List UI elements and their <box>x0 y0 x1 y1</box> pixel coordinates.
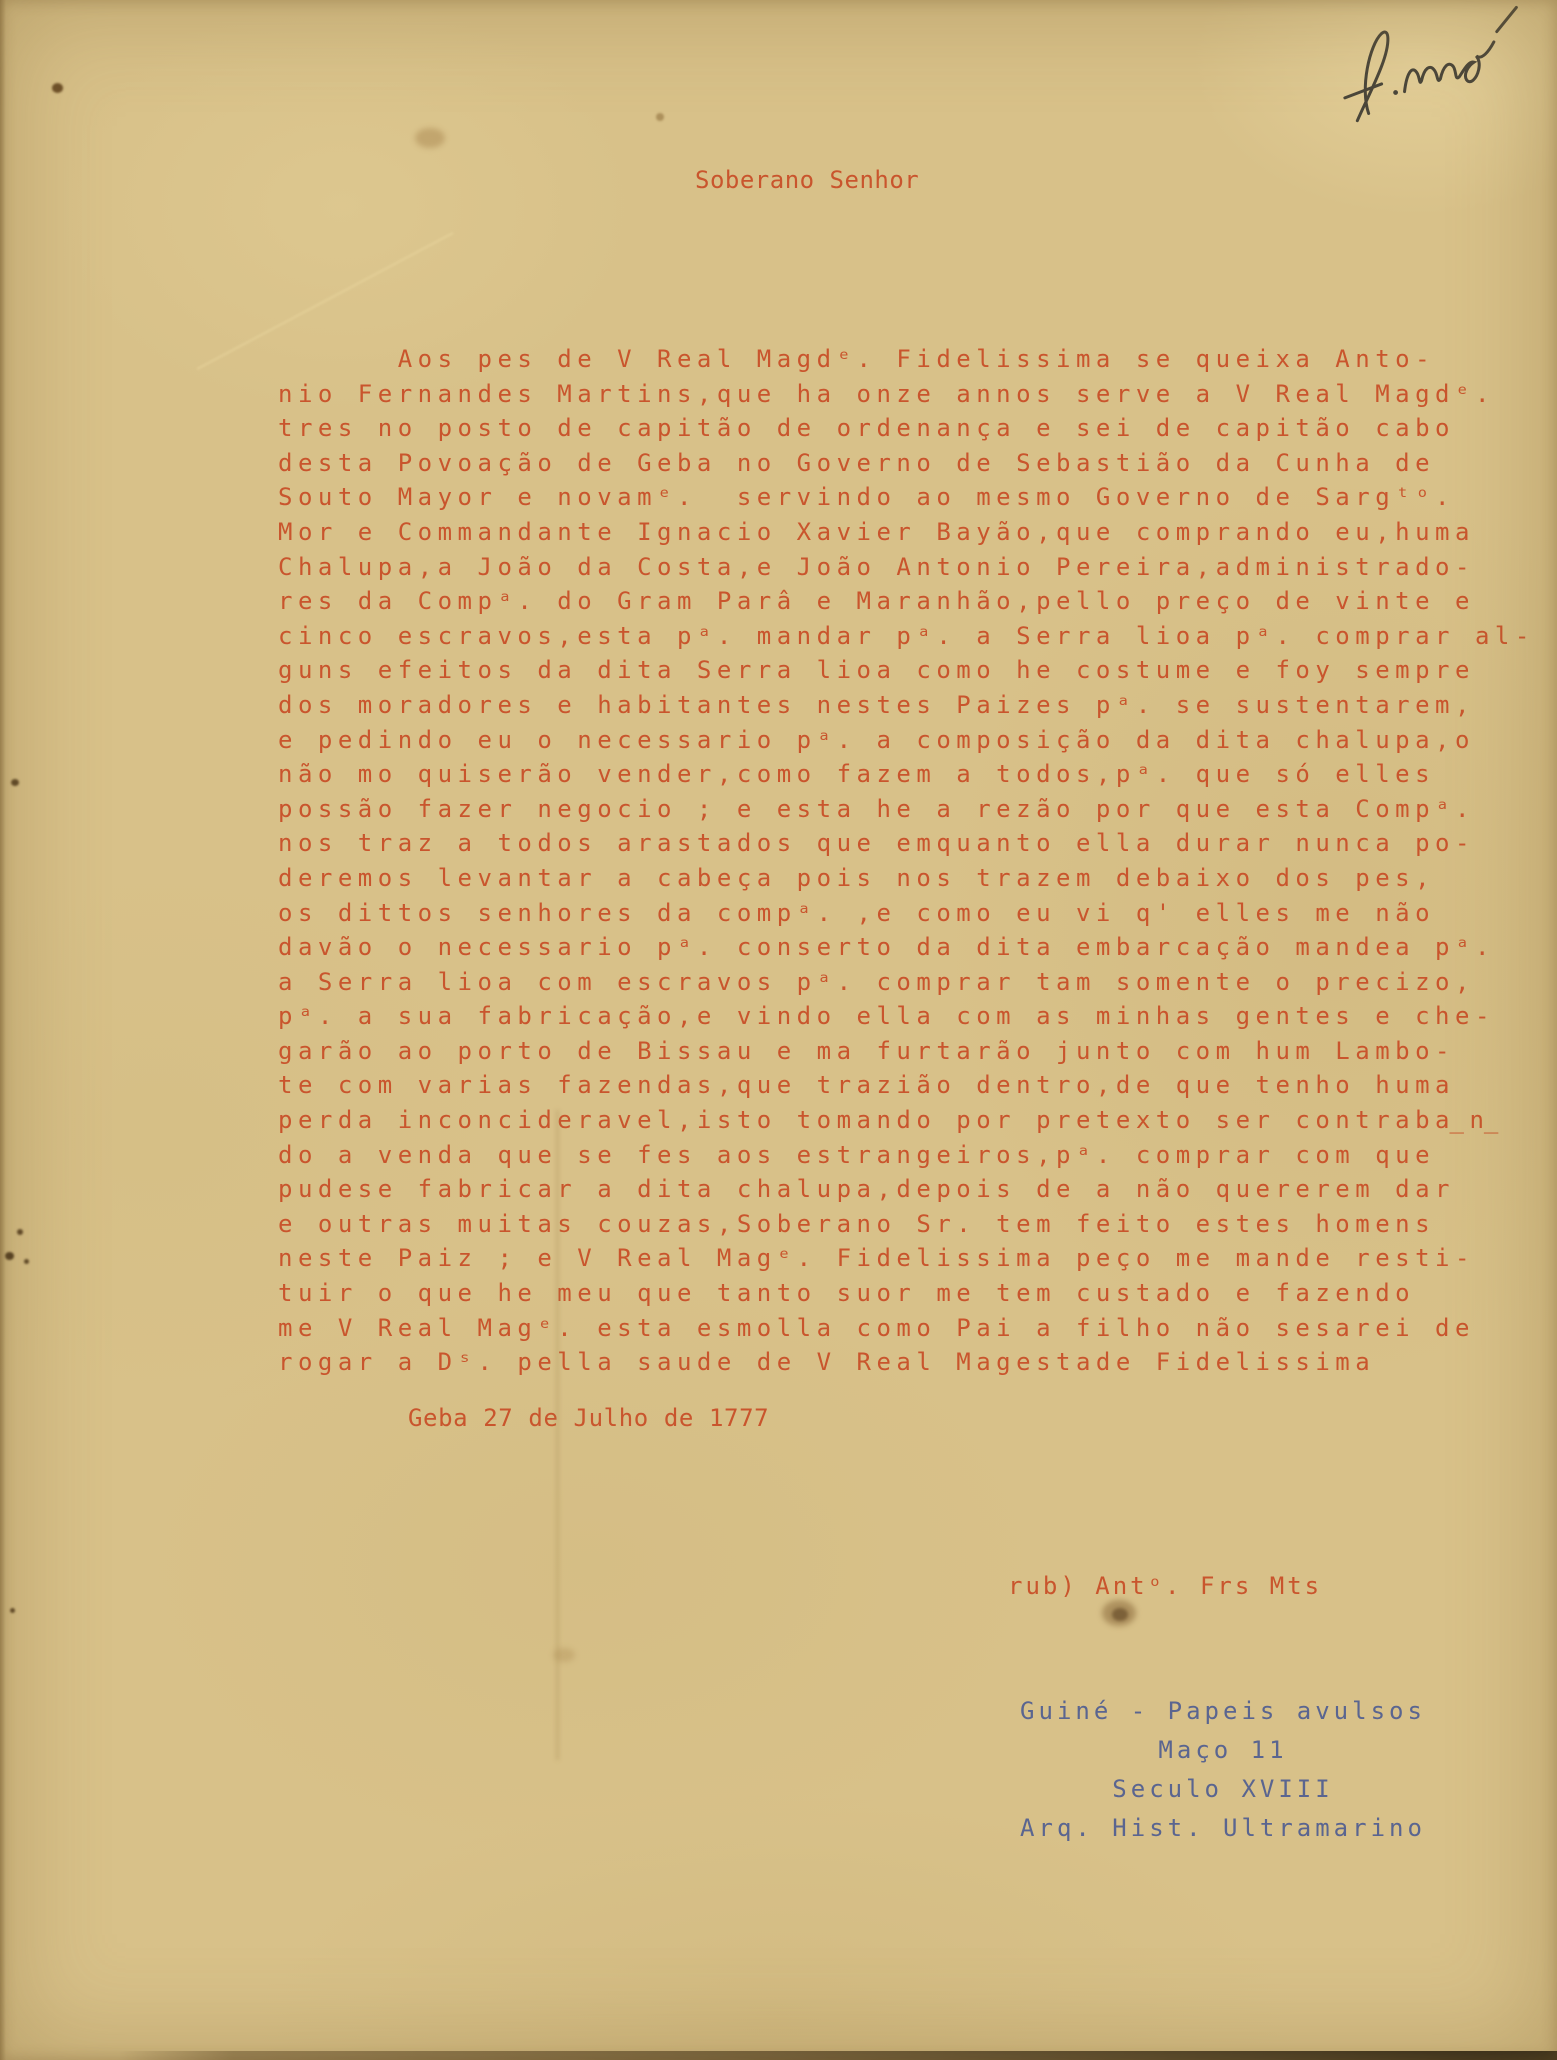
stain <box>553 1648 575 1662</box>
letter-line: tres no posto de capitão de ordenança e … <box>278 411 1535 446</box>
letter-body: Aos pes de V Real Magdᵉ. Fidelissima se … <box>278 342 1535 1380</box>
letter-line: possão fazer negocio ; e esta he a rezão… <box>278 792 1535 827</box>
archive-stamp-line: Seculo XVIII <box>988 1770 1458 1809</box>
stain <box>11 779 19 786</box>
letter-line: nio Fernandes Martins,que ha onze annos … <box>278 377 1535 412</box>
letter-line: pudese fabricar a dita chalupa,depois de… <box>278 1172 1535 1207</box>
handwritten-initials <box>1325 0 1551 134</box>
letter-line: dos moradores e habitantes nestes Paizes… <box>278 688 1535 723</box>
signature-line: rub) Antᵒ. Frs Mts <box>1008 1572 1322 1600</box>
archive-stamp-line: Maço 11 <box>988 1731 1458 1770</box>
salutation: Soberano Senhor <box>695 166 919 194</box>
letter-line: Aos pes de V Real Magdᵉ. Fidelissima se … <box>278 342 1535 377</box>
letter-line: do a venda que se fes aos estrangeiros,p… <box>278 1138 1535 1173</box>
letter-line: neste Paiz ; e V Real Magᵉ. Fidelissima … <box>278 1241 1535 1276</box>
stain <box>1112 1608 1128 1621</box>
scan-edge <box>0 0 6 2060</box>
letter-line: deremos levantar a cabeça pois nos traze… <box>278 861 1535 896</box>
stain <box>415 128 445 148</box>
letter-line: perda inconcideravel,isto tomando por pr… <box>278 1103 1535 1138</box>
letter-line: te com varias fazendas,que trazião dentr… <box>278 1068 1535 1103</box>
stain <box>24 1259 29 1264</box>
archive-stamp-line: Guiné - Papeis avulsos <box>988 1692 1458 1731</box>
letter-line: não mo quiserão vender,como fazem a todo… <box>278 757 1535 792</box>
letter-line: e pedindo eu o necessario pᵃ. a composiç… <box>278 723 1535 758</box>
letter-line: garão ao porto de Bissau e ma furtarão j… <box>278 1034 1535 1069</box>
stain <box>5 1252 14 1260</box>
letter-line: rogar a Dˢ. pella saude de V Real Magest… <box>278 1345 1535 1380</box>
letter-line: Chalupa,a João da Costa,e João Antonio P… <box>278 550 1535 585</box>
letter-line: pᵃ. a sua fabricação,e vindo ella com as… <box>278 999 1535 1034</box>
stain <box>10 1608 15 1613</box>
letter-line: me V Real Magᵉ. esta esmolla como Pai a … <box>278 1311 1535 1346</box>
letter-scan-page: Soberano Senhor Aos pes de V Real Magdᵉ.… <box>0 0 1557 2060</box>
letter-line: guns efeitos da dita Serra lioa como he … <box>278 653 1535 688</box>
scan-edge <box>118 2051 1557 2060</box>
dateline: Geba 27 de Julho de 1777 <box>408 1404 769 1432</box>
letter-line: res da Compᵃ. do Gram Parâ e Maranhão,pe… <box>278 584 1535 619</box>
stain <box>52 83 63 93</box>
letter-line: os dittos senhores da compᵃ. ,e como eu … <box>278 896 1535 931</box>
stain <box>1102 1600 1136 1626</box>
letter-line: desta Povoação de Geba no Governo de Seb… <box>278 446 1535 481</box>
letter-line: e outras muitas couzas,Soberano Sr. tem … <box>278 1207 1535 1242</box>
letter-line: Mor e Commandante Ignacio Xavier Bayão,q… <box>278 515 1535 550</box>
archive-stamp: Guiné - Papeis avulsosMaço 11Seculo XVII… <box>988 1692 1458 1848</box>
archive-stamp-line: Arq. Hist. Ultramarino <box>988 1809 1458 1848</box>
letter-line: davão o necessario pᵃ. conserto da dita … <box>278 930 1535 965</box>
stain <box>656 113 664 121</box>
letter-line: Souto Mayor e novamᵉ. servindo ao mesmo … <box>278 480 1535 515</box>
letter-line: tuir o que he meu que tanto suor me tem … <box>278 1276 1535 1311</box>
letter-line: a Serra lioa com escravos pᵃ. comprar ta… <box>278 965 1535 1000</box>
letter-line: cinco escravos,esta pᵃ. mandar pᵃ. a Ser… <box>278 619 1535 654</box>
letter-line: nos traz a todos arastados que emquanto … <box>278 826 1535 861</box>
stain <box>17 1229 23 1235</box>
